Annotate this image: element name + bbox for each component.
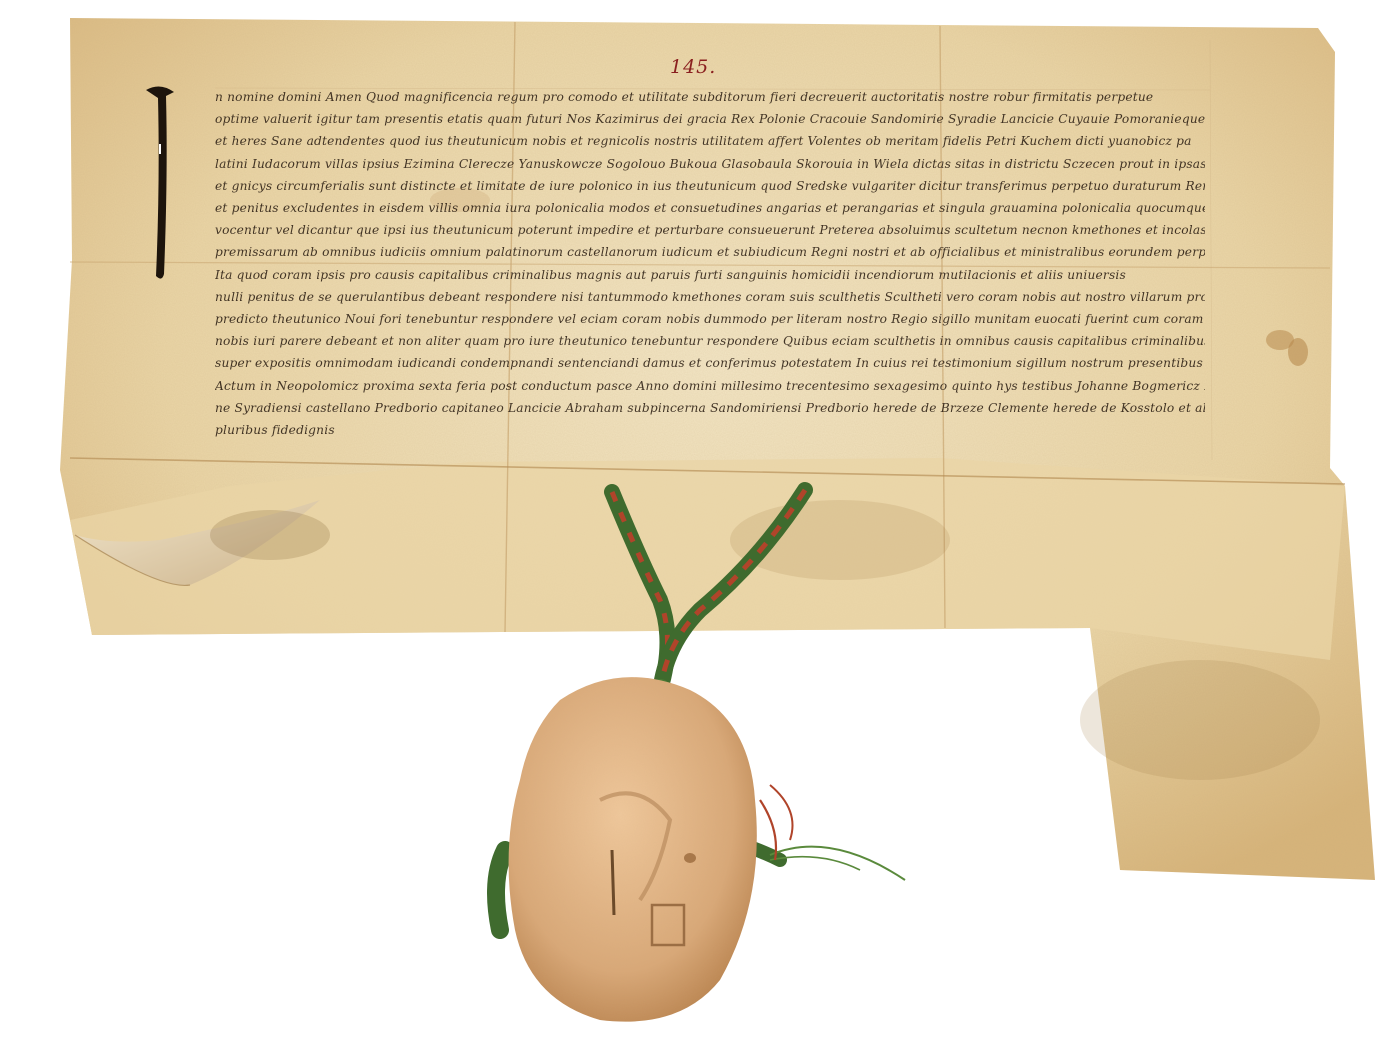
text-line: Actum in Neopolomicz proxima sexta feria… [215,375,1205,397]
text-line: ne Syradiensi castellano Predborio capit… [215,397,1205,419]
text-line: latini Iudacorum villas ipsius Ezimina C… [215,153,1205,175]
text-line: Ita quod coram ipsis pro causis capitali… [215,264,1205,286]
text-line: nulli penitus de se querulantibus debean… [215,286,1205,308]
text-line: premissarum ab omnibus iudiciis omnium p… [215,241,1205,263]
folio-number: 145. [670,56,716,78]
text-line: predicto theutunico Noui fori tenebuntur… [215,308,1205,330]
text-line: super expositis omnimodam iudicandi cond… [215,352,1205,374]
charter-text: n nomine domini Amen Quod magnificencia … [215,86,1205,441]
charter-photograph: 145. n nomine domini Amen Quod magnifice… [0,0,1385,1050]
decorated-initial-letter [146,84,176,284]
text-line: et gnicys circumferialis sunt distincte … [215,175,1205,197]
text-line: optime valuerit igitur tam presentis eta… [215,108,1205,130]
text-line: pluribus fidedignis [215,419,1205,441]
text-line: nobis iuri parere debeant et non aliter … [215,330,1205,352]
text-line: n nomine domini Amen Quod magnificencia … [215,86,1205,108]
text-line: et heres Sane adtendentes quod ius theut… [215,130,1205,152]
text-line: et penitus excludentes in eisdem villis … [215,197,1205,219]
text-line: vocentur vel dicantur que ipsi ius theut… [215,219,1205,241]
